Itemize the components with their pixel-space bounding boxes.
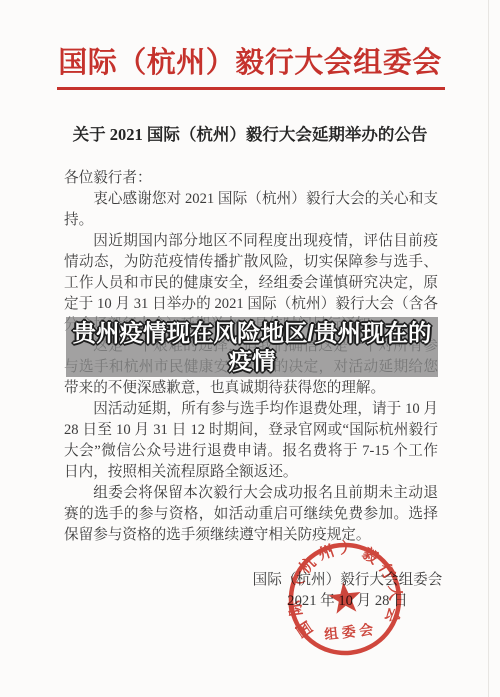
- organization-header: 国际（杭州）毅行大会组委会: [0, 40, 500, 81]
- notice-document-page: 国际（杭州）毅行大会组委会 关于 2021 国际（杭州）毅行大会延期举办的公告 …: [0, 0, 500, 697]
- overlay-headline-line1: 贵州疫情现在风险地区/贵州现在的: [66, 319, 438, 347]
- red-header-rule: [57, 87, 445, 90]
- seal-star-icon: [327, 580, 362, 614]
- overlay-headline-banner: 贵州疫情现在风险地区/贵州现在的 疫情: [66, 317, 438, 377]
- paragraph-thanks: 衷心感谢您对 2021 国际（杭州）毅行大会的关心和支持。: [64, 189, 438, 231]
- page-edge-line: [488, 0, 489, 697]
- overlay-headline-line2: 疫情: [66, 347, 438, 375]
- official-seal-stamp-icon: 国际（杭州）毅行大会 组委会: [280, 534, 410, 664]
- paragraph-refund: 因活动延期，所有参与选手均作退费处理，请于 10 月 28 日至 10 月 31…: [64, 399, 438, 483]
- seal-bottom-text: 组委会: [323, 621, 377, 643]
- notice-title: 关于 2021 国际（杭州）毅行大会延期举办的公告: [0, 121, 500, 145]
- salutation: 各位毅行者：: [64, 168, 438, 189]
